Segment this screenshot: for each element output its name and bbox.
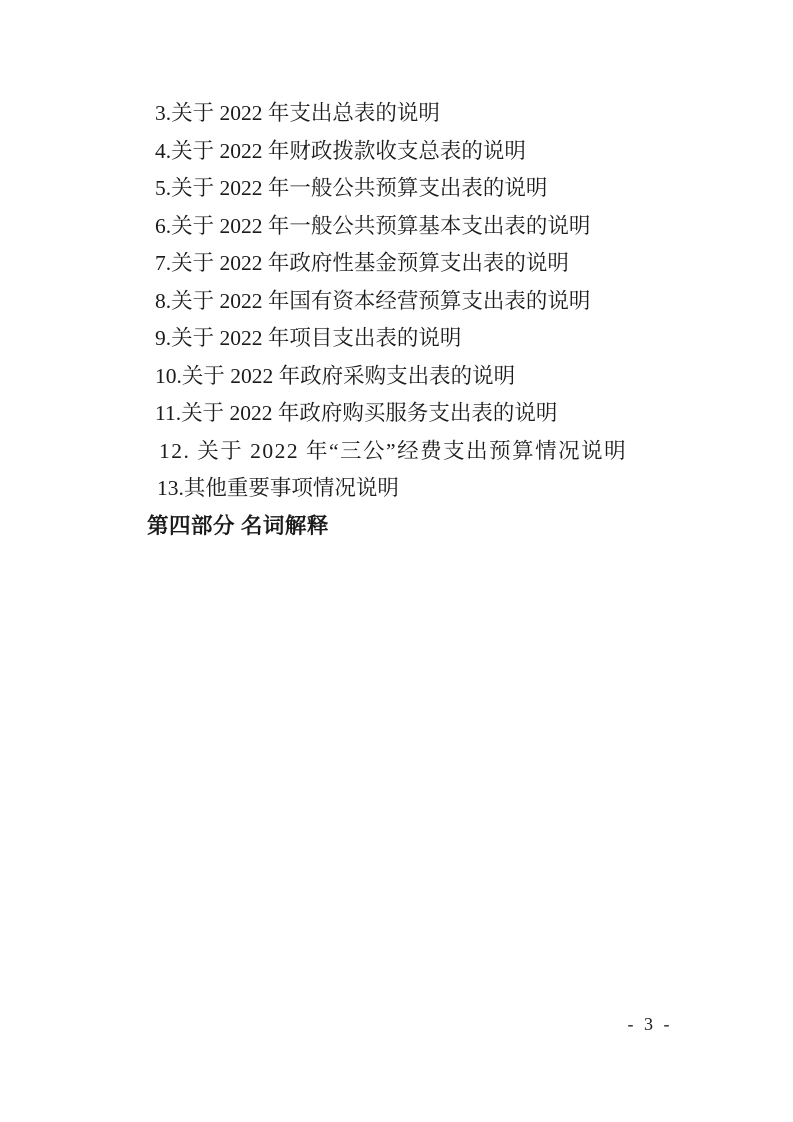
toc-item-3: 3.关于 2022 年支出总表的说明 xyxy=(147,95,733,133)
toc-item-8: 8.关于 2022 年国有资本经营预算支出表的说明 xyxy=(147,283,733,321)
toc-item-4: 4.关于 2022 年财政拨款收支总表的说明 xyxy=(147,133,733,171)
page-footer: - 3 - xyxy=(600,1014,700,1035)
section-heading: 第四部分 名词解释 xyxy=(147,508,733,546)
toc-item-7: 7.关于 2022 年政府性基金预算支出表的说明 xyxy=(147,245,733,283)
document-page: 3.关于 2022 年支出总表的说明 4.关于 2022 年财政拨款收支总表的说… xyxy=(0,0,793,1122)
page-number: - 3 - xyxy=(628,1014,673,1034)
toc-item-10: 10.关于 2022 年政府采购支出表的说明 xyxy=(147,358,733,396)
toc-item-11: 11.关于 2022 年政府购买服务支出表的说明 xyxy=(147,395,733,433)
toc-item-12: 12. 关于 2022 年“三公”经费支出预算情况说明 xyxy=(147,433,733,471)
toc-item-13: 13.其他重要事项情况说明 xyxy=(147,470,733,508)
toc-list: 3.关于 2022 年支出总表的说明 4.关于 2022 年财政拨款收支总表的说… xyxy=(147,95,733,545)
toc-item-5: 5.关于 2022 年一般公共预算支出表的说明 xyxy=(147,170,733,208)
toc-item-6: 6.关于 2022 年一般公共预算基本支出表的说明 xyxy=(147,208,733,246)
toc-item-9: 9.关于 2022 年项目支出表的说明 xyxy=(147,320,733,358)
